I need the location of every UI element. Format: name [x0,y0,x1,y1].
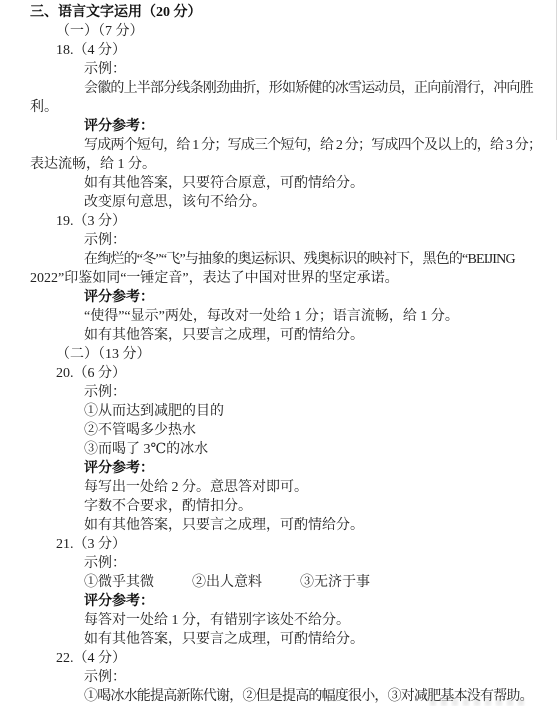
section-title: 三、语言文字运用（20 分） [0,3,560,22]
question-21-scoring-label: 评分参考： [0,592,560,611]
question-19-example-label: 示例： [0,231,560,250]
question-21-number: 21.（3 分） [0,535,560,554]
question-22-number: 22.（4 分） [0,649,560,668]
question-18-example-label: 示例： [0,60,560,79]
question-18-scoring-line: 如有其他答案，只要符合原意，可酌情给分。 [0,174,560,193]
question-20-answer-item: ①从而达到减肥的目的 [0,402,560,421]
question-19-scoring-line: 如有其他答案，只要言之成理，可酌情给分。 [0,326,560,345]
question-19-scoring-line: “使得”“显示”两处，每改对一处给 1 分；语言流畅，给 1 分。 [0,307,560,326]
question-21-answer-item: ②出人意料 [192,573,262,592]
question-20-answer-item: ③而喝了 3℃的冰水 [0,440,560,459]
question-18-scoring-line: 写成两个短句，给 1 分；写成三个短句，给 2 分；写成四个及以上的，给 3 分… [0,136,560,155]
question-21-answer-item: ①微乎其微 [84,573,154,592]
question-18-example-line: 利。 [0,98,560,117]
question-18-scoring-line: 表达流畅，给 1 分。 [0,155,560,174]
question-21-answer-item: ③无济于事 [300,575,370,590]
question-18-scoring-label: 评分参考： [0,117,560,136]
question-19-scoring-label: 评分参考： [0,288,560,307]
question-19-example-line: 在绚烂的“冬”“飞”与抽象的奥运标识、残奥标识的映衬下，黑色的“BEIJING [0,250,560,269]
question-22-example-label: 示例： [0,668,560,687]
question-21-scoring-line: 如有其他答案，只要言之成理，可酌情给分。 [0,630,560,649]
question-21-scoring-line: 每答对一处给 1 分，有错别字该处不给分。 [0,611,560,630]
question-19-number: 19.（3 分） [0,212,560,231]
scan-edge-line [556,0,557,140]
question-18-example-line: 会徽的上半部分线条刚劲曲折，形如矫健的冰雪运动员，正向前滑行，冲向胜 [0,79,560,98]
question-18-scoring-line: 改变原句意思，该句不给分。 [0,193,560,212]
question-21-example-label: 示例： [0,554,560,573]
question-20-scoring-label: 评分参考： [0,459,560,478]
part2-heading: （二）（13 分） [0,345,560,364]
question-21-answer-row: ①微乎其微②出人意料③无济于事 [0,573,560,592]
question-20-scoring-line: 字数不合要求，酌情扣分。 [0,497,560,516]
question-20-number: 20.（6 分） [0,364,560,383]
question-20-answer-item: ②不管喝多少热水 [0,421,560,440]
question-20-scoring-line: 每写出一处给 2 分。意思答对即可。 [0,478,560,497]
question-20-example-label: 示例： [0,383,560,402]
document-page: 三、语言文字运用（20 分） （一）（7 分） 18.（4 分） 示例： 会徽的… [0,0,560,706]
question-19-example-line: 2022”印鉴如同“一锤定音”，表达了中国对世界的坚定承诺。 [0,269,560,288]
question-20-scoring-line: 如有其他答案，只要言之成理，可酌情给分。 [0,516,560,535]
faint-watermark-artifact [430,699,525,706]
part1-heading: （一）（7 分） [0,22,560,41]
question-18-number: 18.（4 分） [0,41,560,60]
